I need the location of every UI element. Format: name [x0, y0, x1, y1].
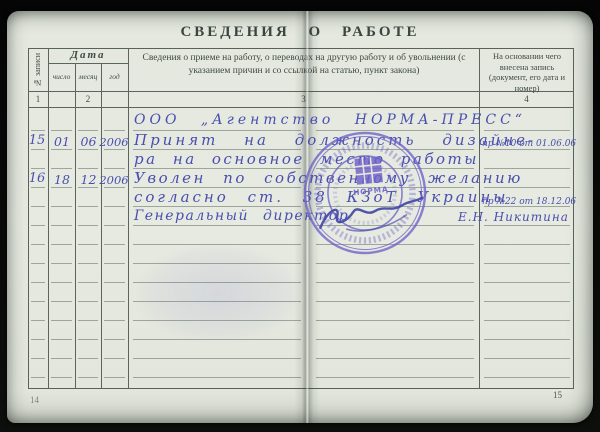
record-15-basis: пр №10 от 01.06.06 [482, 139, 576, 149]
page-number-left: 14 [30, 395, 39, 405]
record-15-day: 01 [49, 134, 75, 149]
record-16-day: 18 [49, 172, 75, 187]
record-16-basis: пр №22 от 18.12.06 [482, 197, 576, 207]
entry-line-organization: ООО „Агентство НОРМА-ПРЕСС“ [134, 112, 526, 128]
stamp-emblem [354, 156, 383, 185]
column-number-3: 3 [128, 94, 479, 104]
stamp-graphic: НОРМА [292, 120, 437, 265]
column-number-1: 1 [28, 94, 48, 104]
record-16-year: 2006 [98, 173, 130, 187]
record-15-year: 2006 [98, 135, 130, 149]
column-number-4: 4 [479, 94, 574, 104]
header-record-number: № записи [28, 50, 48, 90]
record-15-number: 15 [27, 133, 47, 148]
table-hline-colnums-bottom [28, 107, 574, 108]
column-number-2: 2 [48, 94, 128, 104]
header-date-day: число [48, 72, 75, 81]
faded-stamp-impression [138, 246, 298, 341]
stamp-center-text: НОРМА [353, 185, 389, 198]
header-details: Сведения о приеме на работу, о переводах… [137, 52, 471, 78]
round-stamp: НОРМА [292, 120, 437, 265]
scanned-work-record-book: СВЕДЕНИЯ О РАБОТЕ № записи Дата число ме… [0, 0, 600, 432]
page-number-right: 15 [553, 390, 562, 400]
header-date: Дата [48, 49, 128, 61]
table-vline-day [75, 63, 76, 389]
header-date-year: год [101, 72, 128, 81]
page-title: СВЕДЕНИЯ О РАБОТЕ [0, 24, 600, 41]
header-date-month: месяц [75, 72, 101, 81]
table-hline-under-date [48, 63, 128, 64]
table-vline-month [101, 63, 102, 389]
header-basis: На основании чего внесена запись (докуме… [482, 51, 572, 94]
record-16-number: 16 [27, 171, 47, 186]
director-name: Е.Н. Никитина [458, 210, 569, 224]
